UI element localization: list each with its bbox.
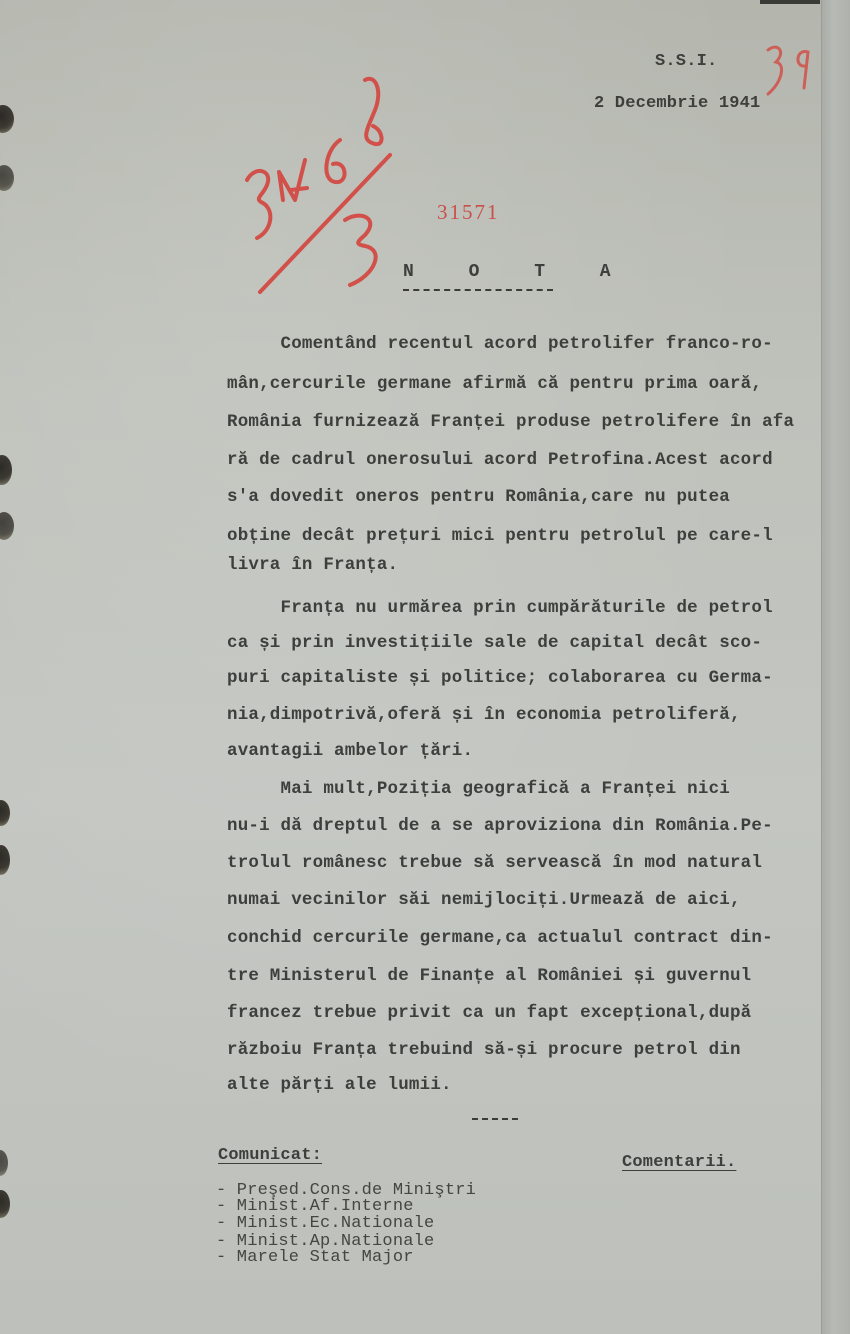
body-line: ca și prin investițiile sale de capital … (227, 633, 762, 653)
punch-hole (0, 1190, 10, 1218)
body-line: trolul românesc trebue să servească în m… (227, 853, 762, 873)
body-line: mân,cercurile germane afirmă că pentru p… (227, 374, 762, 394)
section-separator (472, 1118, 518, 1120)
comments-label: Comentarii. (622, 1153, 736, 1173)
body-line: războiu Franța trebuind să-și procure pe… (227, 1040, 741, 1060)
body-line: Comentând recentul acord petrolifer fran… (227, 334, 773, 354)
document-date: 2 Decembrie 1941 (594, 94, 760, 114)
body-line: Mai mult,Poziția geografică a Franței ni… (227, 779, 730, 799)
page-edge-strip (821, 0, 850, 1334)
body-line: tre Ministerul de Finanțe al României și… (227, 966, 751, 986)
body-line: francez trebue privit ca un fapt excepți… (227, 1003, 751, 1023)
body-line: conchid cercurile germane,ca actualul co… (227, 928, 773, 948)
body-line: ră de cadrul onerosului acord Petrofina.… (227, 450, 773, 470)
recipient-item: - Marele Stat Major (216, 1250, 414, 1266)
recipient-item: - Minist.Ec.Nationale (216, 1216, 434, 1232)
document-page: S.S.I. 2 Decembrie 1941 31571 N O T A Co (0, 0, 850, 1334)
punch-hole (0, 1150, 8, 1176)
distribution-label: Comunicat: (218, 1146, 322, 1166)
recipient-item: - Minist.Af.Interne (216, 1199, 414, 1215)
document-title: N O T A (403, 262, 633, 282)
handwritten-registry-number (225, 60, 425, 310)
punch-hole (0, 105, 14, 133)
body-line: livra în Franța. (227, 555, 398, 575)
punch-hole (0, 455, 12, 485)
body-line: Franța nu urmărea prin cumpărăturile de … (227, 598, 773, 618)
body-line: alte părți ale lumii. (227, 1075, 452, 1095)
body-line: nu-i dă dreptul de a se aproviziona din … (227, 816, 773, 836)
body-line: puri capitaliste și politice; colaborare… (227, 668, 773, 688)
body-line: România furnizează Franței produse petro… (227, 412, 794, 432)
registry-stamp-number: 31571 (437, 200, 500, 225)
body-line: avantagii ambelor țări. (227, 741, 473, 761)
punch-hole (0, 512, 14, 540)
body-line: numai vecinilor săi nemijlociți.Urmează … (227, 890, 741, 910)
body-line: s'a dovedit oneros pentru România,care n… (227, 487, 730, 507)
punch-hole (0, 165, 14, 191)
punch-hole (0, 845, 10, 875)
handwritten-page-number (760, 38, 820, 98)
body-line: obține decât prețuri mici pentru petrolu… (227, 526, 773, 546)
title-underline (403, 287, 553, 291)
punch-hole (0, 800, 10, 826)
top-edge-shadow (760, 0, 820, 4)
agency-header: S.S.I. (655, 52, 717, 72)
body-line: nia,dimpotrivă,oferă și în economia petr… (227, 705, 741, 725)
